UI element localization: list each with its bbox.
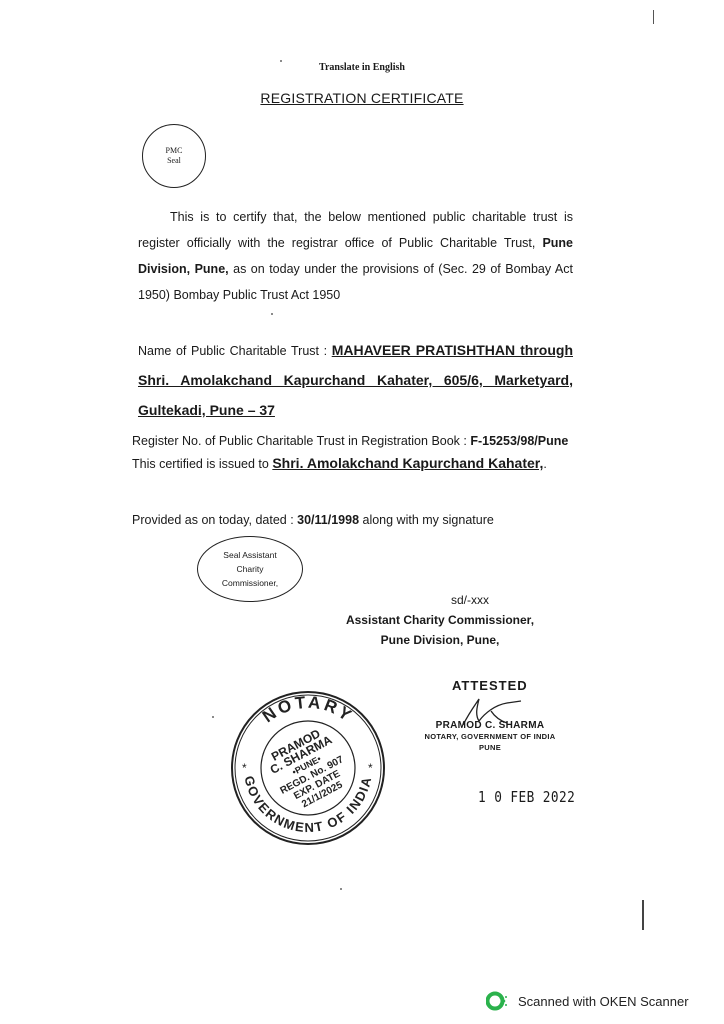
signature-designation: Assistant Charity Commissioner, xyxy=(340,610,540,630)
scanner-watermark: Scanned with OKEN Scanner xyxy=(486,990,689,1012)
scan-edge-mark-bottom xyxy=(642,900,644,930)
notary-name: PRAMOD C. SHARMA xyxy=(420,720,560,731)
svg-text:*: * xyxy=(242,761,247,775)
trust-name-field: Name of Public Charitable Trust : MAHAVE… xyxy=(138,336,573,426)
issued-to-value: Shri. Amolakchand Kapurchand Kahater, xyxy=(272,455,543,471)
certify-paragraph: This is to certify that, the below menti… xyxy=(138,204,573,308)
notary-city: PUNE xyxy=(420,742,560,753)
document-title: REGISTRATION CERTIFICATE xyxy=(0,90,724,106)
ac-seal-line2: Charity xyxy=(222,562,278,576)
assistant-commissioner-seal: Seal Assistant Charity Commissioner, xyxy=(197,536,303,602)
scan-edge-mark-top xyxy=(653,10,654,24)
notary-name-block: PRAMOD C. SHARMA NOTARY, GOVERNMENT OF I… xyxy=(420,720,560,753)
signature-sd: sd/-xxx xyxy=(400,590,540,610)
scan-speck xyxy=(212,716,214,718)
ac-seal-line3: Commissioner, xyxy=(222,576,278,590)
certify-text-1: This is to certify that, the below menti… xyxy=(138,210,573,250)
issued-to-label: This certified is issued to xyxy=(132,457,272,471)
attestation-date-stamp: 1 0 FEB 2022 xyxy=(478,788,575,806)
notary-seal-stamp: NOTARY GOVERNMENT OF INDIA * * PRAMODC. … xyxy=(228,688,388,853)
provided-date-field: Provided as on today, dated : 30/11/1998… xyxy=(132,507,494,533)
pmc-seal-line1: PMC xyxy=(166,146,183,156)
attested-label: ATTESTED xyxy=(452,678,528,693)
issued-to-field: This certified is issued to Shri. Amolak… xyxy=(132,450,547,477)
notary-title: NOTARY, GOVERNMENT OF INDIA xyxy=(420,731,560,742)
trust-name-label: Name of Public Charitable Trust : xyxy=(138,344,332,358)
signature-office: Pune Division, Pune, xyxy=(340,630,540,650)
scan-speck xyxy=(280,60,282,62)
register-number-value: F-15253/98/Pune xyxy=(470,434,568,448)
provided-suffix: along with my signature xyxy=(359,513,494,527)
svg-text:*: * xyxy=(368,761,373,775)
pmc-seal-line2: Seal xyxy=(166,156,183,166)
ac-seal-line1: Seal Assistant xyxy=(222,548,278,562)
document-subtitle: Translate in English xyxy=(0,62,724,73)
scan-speck xyxy=(340,888,342,890)
scan-speck xyxy=(271,313,273,315)
signature-block: sd/-xxx Assistant Charity Commissioner, … xyxy=(340,590,540,650)
register-number-label: Register No. of Public Charitable Trust … xyxy=(132,434,470,448)
scanner-watermark-text: Scanned with OKEN Scanner xyxy=(518,994,689,1009)
oken-scanner-logo-icon xyxy=(486,990,508,1012)
provided-date: 30/11/1998 xyxy=(297,513,359,527)
provided-label: Provided as on today, dated : xyxy=(132,513,297,527)
issued-to-suffix: . xyxy=(543,457,546,471)
pmc-seal: PMC Seal xyxy=(142,124,206,188)
